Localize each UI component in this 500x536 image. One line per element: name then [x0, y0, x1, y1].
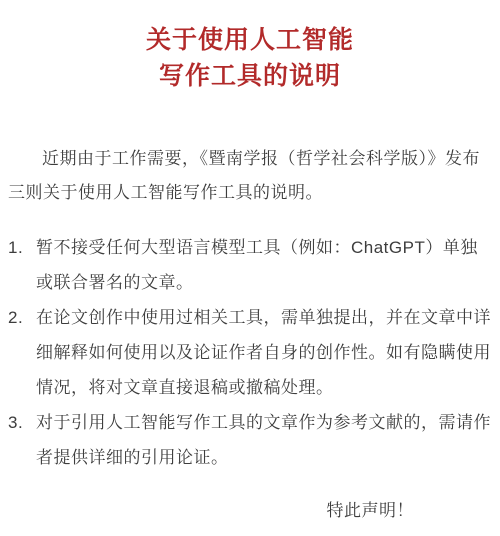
list-item-number: 2.: [8, 300, 34, 405]
list-item-number: 3.: [8, 405, 34, 475]
list-item-number: 1.: [8, 230, 34, 300]
list-item: 1. 暂不接受任何大型语言模型工具（例如：ChatGPT）单独或联合署名的文章。: [8, 230, 492, 300]
list-item-text: 对于引用人工智能写作工具的文章作为参考文献的，需请作者提供详细的引用论证。: [36, 405, 492, 475]
document-title-line-1: 关于使用人工智能: [8, 22, 492, 58]
list-item: 2. 在论文创作中使用过相关工具，需单独提出，并在文章中详细解释如何使用以及论证…: [8, 300, 492, 405]
document-title: 关于使用人工智能 写作工具的说明: [8, 22, 492, 94]
notice-list: 1. 暂不接受任何大型语言模型工具（例如：ChatGPT）单独或联合署名的文章。…: [8, 230, 492, 475]
closing-statement: 特此声明！: [8, 499, 492, 523]
list-item: 3. 对于引用人工智能写作工具的文章作为参考文献的，需请作者提供详细的引用论证。: [8, 405, 492, 475]
intro-paragraph: 近期由于工作需要，《暨南学报（哲学社会科学版）》发布三则关于使用人工智能写作工具…: [8, 142, 492, 210]
list-item-text: 暂不接受任何大型语言模型工具（例如：ChatGPT）单独或联合署名的文章。: [36, 230, 492, 300]
document-page: 关于使用人工智能 写作工具的说明 近期由于工作需要，《暨南学报（哲学社会科学版）…: [0, 0, 500, 536]
document-title-line-2: 写作工具的说明: [8, 58, 492, 94]
list-item-text: 在论文创作中使用过相关工具，需单独提出，并在文章中详细解释如何使用以及论证作者自…: [36, 300, 492, 405]
